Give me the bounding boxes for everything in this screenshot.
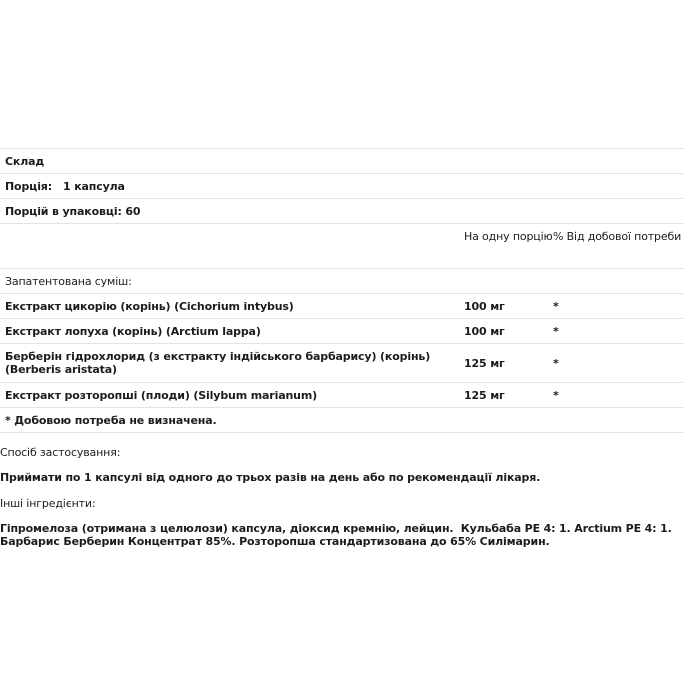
supplement-facts-table: Склад Порція: 1 капсула Порцій в упаковц…: [0, 148, 684, 433]
footnote-row: * Добовою потреба не визначена.: [0, 408, 684, 433]
column-header-daily-value: % Від добової потреби: [553, 224, 684, 269]
column-header-blank: [0, 224, 462, 269]
usage-text: Приймати по 1 капсулі від одного до трьо…: [0, 471, 688, 484]
column-header-row: На одну порцію % Від добової потреби: [0, 224, 684, 269]
ingredient-amount: 100 мг: [462, 319, 553, 344]
column-header-amount: На одну порцію: [462, 224, 553, 269]
ingredient-name: Екстракт лопуха (корінь) (Arctium lappa): [0, 319, 462, 344]
ingredient-row: Екстракт розторопші (плоди) (Silybum mar…: [0, 383, 684, 408]
ingredient-amount: 125 мг: [462, 344, 553, 383]
ingredient-daily-value: *: [553, 344, 684, 383]
facts-title: Склад: [0, 149, 684, 174]
ingredient-row: Екстракт цикорію (корінь) (Cichorium int…: [0, 294, 684, 319]
other-ingredients-label: Інші інгредієнти:: [0, 497, 688, 510]
ingredient-row: Екстракт лопуха (корінь) (Arctium lappa)…: [0, 319, 684, 344]
daily-value-footnote: * Добовою потреба не визначена.: [0, 408, 684, 433]
ingredient-daily-value: *: [553, 383, 684, 408]
serving-size-row: Порція: 1 капсула: [0, 174, 684, 199]
ingredient-name: Екстракт цикорію (корінь) (Cichorium int…: [0, 294, 462, 319]
blend-title: Запатентована суміш:: [0, 269, 684, 294]
servings-per-container-row: Порцій в упаковці: 60: [0, 199, 684, 224]
ingredient-amount: 125 мг: [462, 383, 553, 408]
supplement-facts-page: Склад Порція: 1 капсула Порцій в упаковц…: [0, 148, 688, 548]
serving-size: Порція: 1 капсула: [0, 174, 684, 199]
other-ingredients-text: Гіпромелоза (отримана з целюлози) капсул…: [0, 522, 688, 548]
servings-per-container: Порцій в упаковці: 60: [0, 199, 684, 224]
ingredient-amount: 100 мг: [462, 294, 553, 319]
usage-label: Спосіб застосування:: [0, 446, 688, 459]
ingredient-name: Екстракт розторопші (плоди) (Silybum mar…: [0, 383, 462, 408]
ingredient-daily-value: *: [553, 294, 684, 319]
ingredient-row: Берберін гідрохлорид (з екстракту індійс…: [0, 344, 684, 383]
ingredient-name: Берберін гідрохлорид (з екстракту індійс…: [0, 344, 462, 383]
blend-title-row: Запатентована суміш:: [0, 269, 684, 294]
ingredient-daily-value: *: [553, 319, 684, 344]
facts-title-row: Склад: [0, 149, 684, 174]
